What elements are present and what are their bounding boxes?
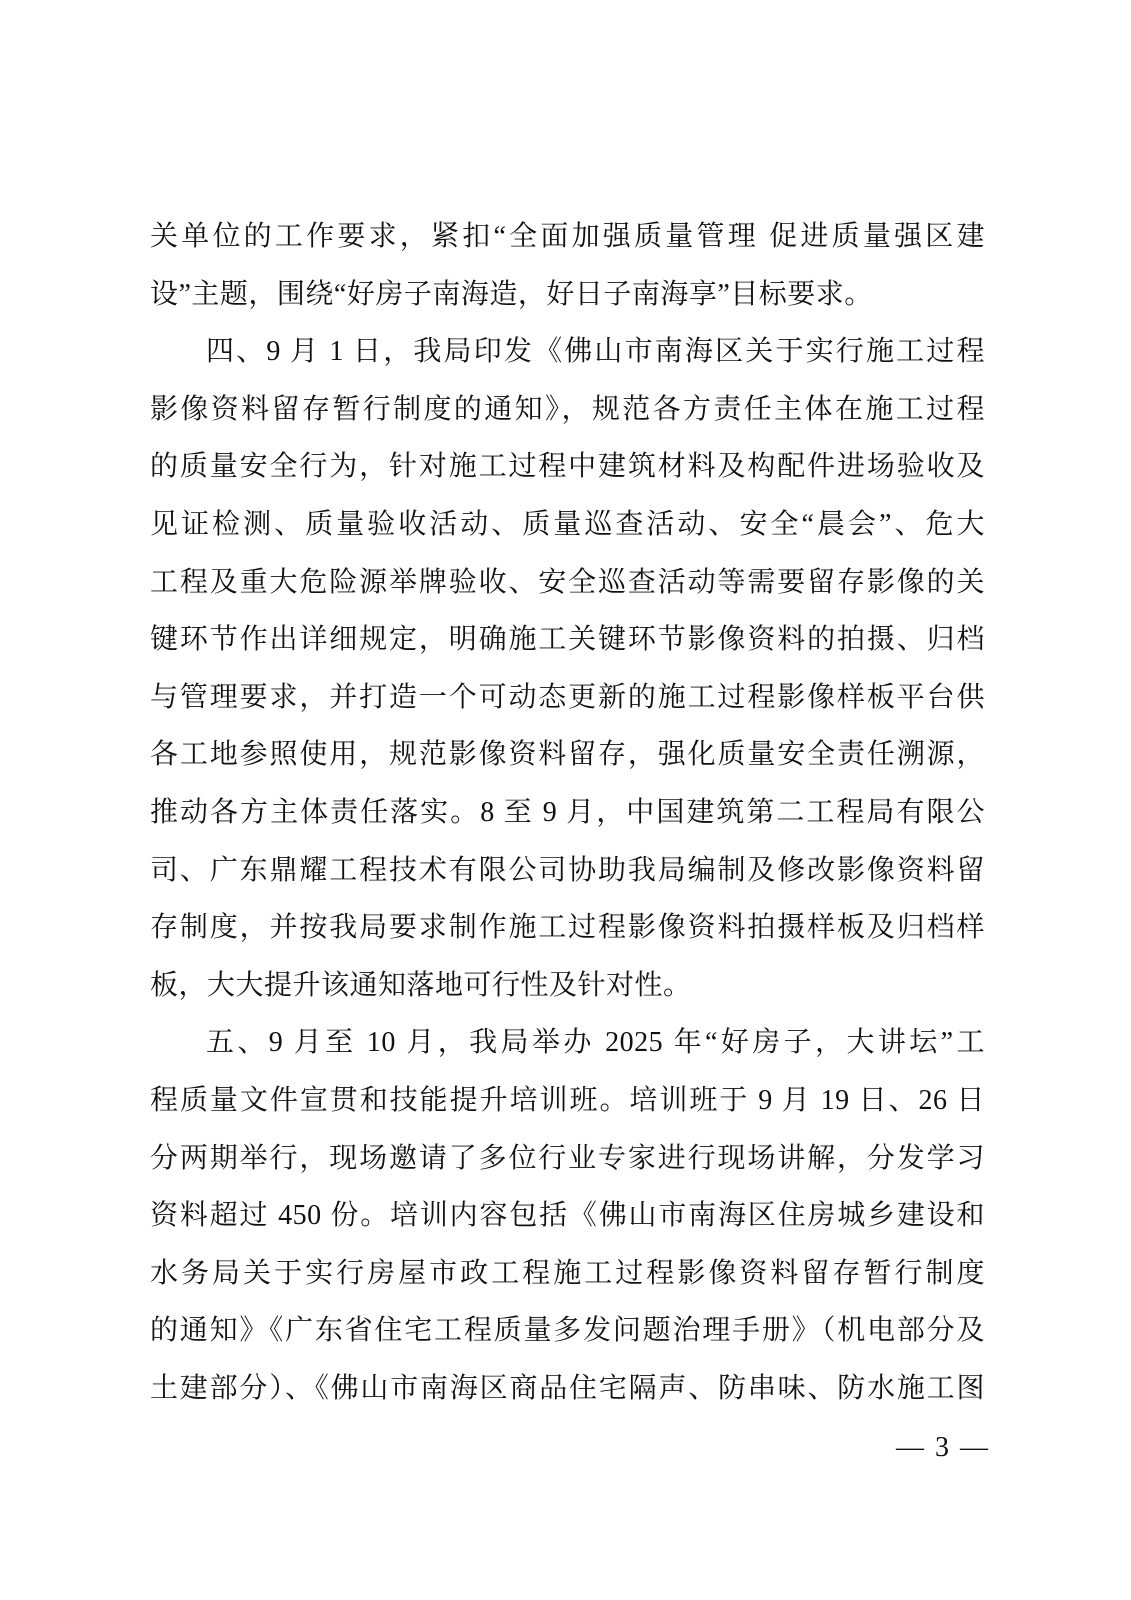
text-line: 资料超过 450 份。培训内容包括《佛山市南海区住房城乡建设和 [150,1187,985,1245]
text-line: 分两期举行，现场邀请了多位行业专家进行现场讲解，分发学习 [150,1130,985,1188]
text-line: 推动各方主体责任落实。8 至 9 月，中国建筑第二工程局有限公 [150,784,985,842]
text-line: 土建部分）、《佛山市南海区商品住宅隔声、防串味、防水施工图 [150,1360,985,1418]
text-line: 设”主题，围绕“好房子南海造，好日子南海享”目标要求。 [150,266,985,324]
text-line: 程质量文件宣贯和技能提升培训班。培训班于 9 月 19 日、26 日 [150,1072,985,1130]
text-line: 四、9 月 1 日，我局印发《佛山市南海区关于实行施工过程 [150,323,985,381]
text-line: 水务局关于实行房屋市政工程施工过程影像资料留存暂行制度 [150,1245,985,1303]
text-line: 影像资料留存暂行制度的通知》，规范各方责任主体在施工过程 [150,381,985,439]
page-number: — 3 — [896,1428,990,1468]
text-line: 司、广东鼎耀工程技术有限公司协助我局编制及修改影像资料留 [150,842,985,900]
document-page: 关单位的工作要求，紧扣“全面加强质量管理 促进质量强区建设”主题，围绕“好房子南… [0,0,1131,1600]
text-line: 板，大大提升该通知落地可行性及针对性。 [150,957,985,1015]
text-line: 的质量安全行为，针对施工过程中建筑材料及构配件进场验收及 [150,438,985,496]
text-line: 工程及重大危险源举牌验收、安全巡查活动等需要留存影像的关 [150,554,985,612]
text-line: 五、9 月至 10 月，我局举办 2025 年“好房子，大讲坛”工 [150,1014,985,1072]
text-line: 与管理要求，并打造一个可动态更新的施工过程影像样板平台供 [150,669,985,727]
text-line: 键环节作出详细规定，明确施工关键环节影像资料的拍摄、归档 [150,611,985,669]
text-line: 见证检测、质量验收活动、质量巡查活动、安全“晨会”、危大 [150,496,985,554]
document-body: 关单位的工作要求，紧扣“全面加强质量管理 促进质量强区建设”主题，围绕“好房子南… [150,208,985,1417]
text-line: 的通知》《广东省住宅工程质量多发问题治理手册》（机电部分及 [150,1302,985,1360]
text-line: 关单位的工作要求，紧扣“全面加强质量管理 促进质量强区建 [150,208,985,266]
text-line: 各工地参照使用，规范影像资料留存，强化质量安全责任溯源， [150,726,985,784]
text-line: 存制度，并按我局要求制作施工过程影像资料拍摄样板及归档样 [150,899,985,957]
